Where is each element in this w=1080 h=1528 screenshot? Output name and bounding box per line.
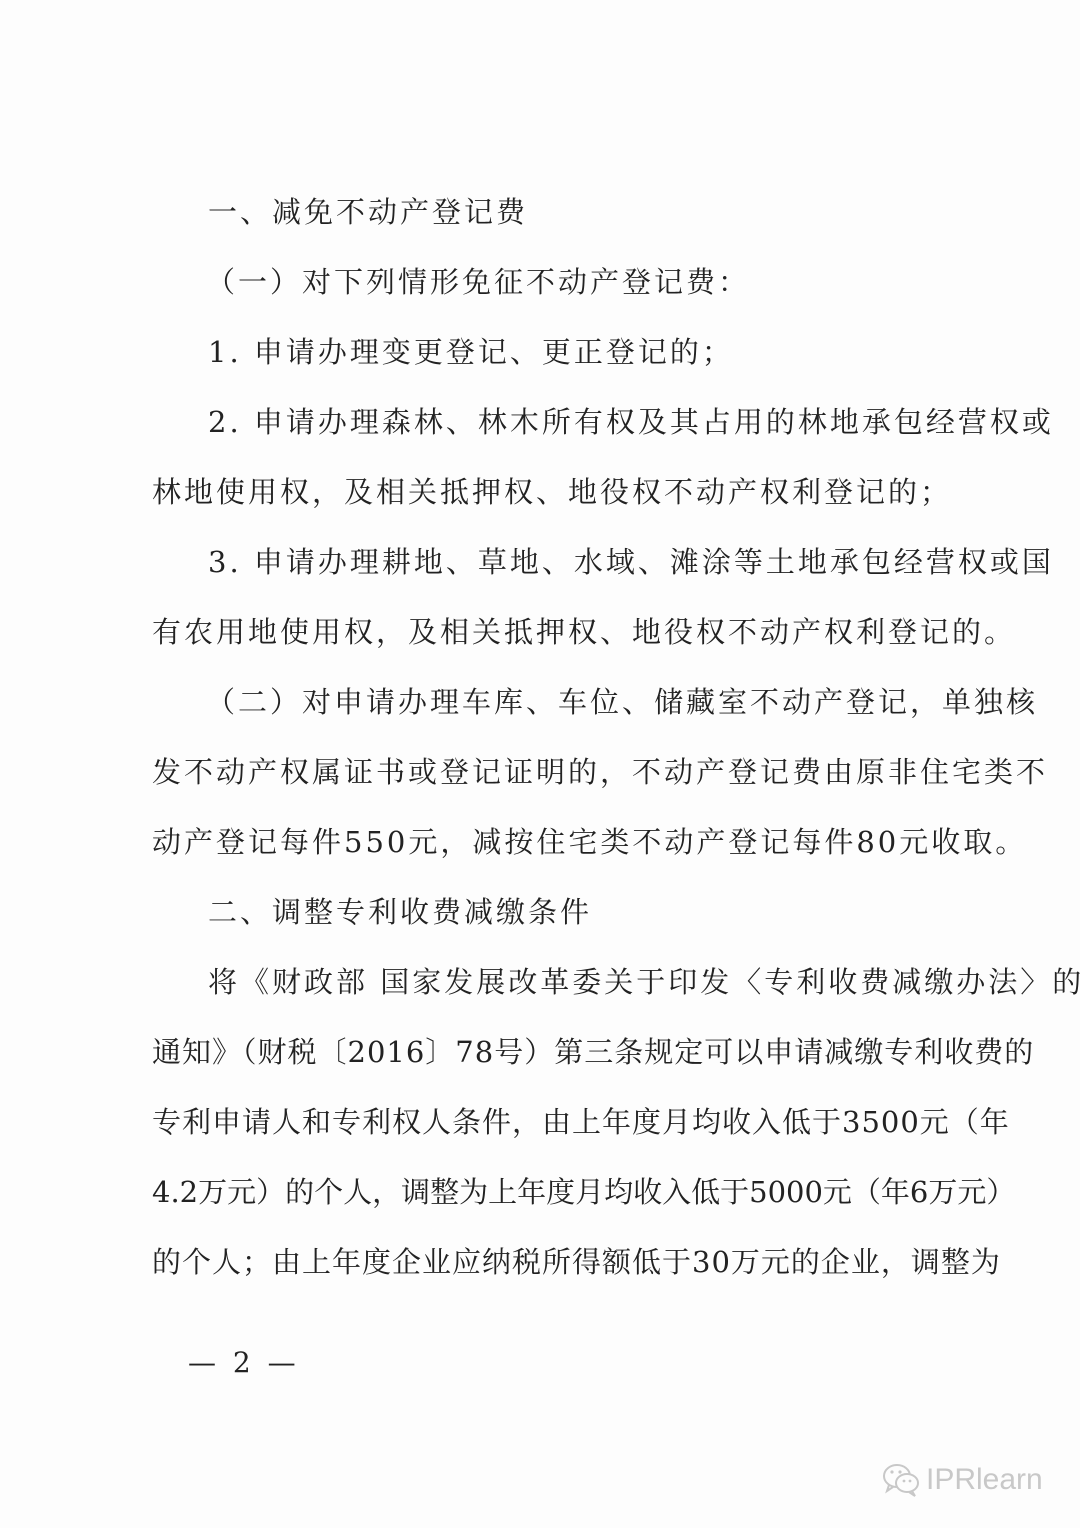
subsection-2-line-1: （二）对申请办理车库、车位、储藏室不动产登记，单独核 xyxy=(206,684,964,720)
list-item-3-line-2: 有农用地使用权，及相关抵押权、地役权不动产权利登记的。 xyxy=(152,614,964,650)
page-number: — 2 — xyxy=(188,1346,300,1379)
list-item-2-line-1: 2. 申请办理森林、林木所有权及其占用的林地承包经营权或 xyxy=(208,404,964,440)
section-2-para-line-1: 将《财政部 国家发展改革委关于印发〈专利收费减缴办法〉的 xyxy=(208,964,964,1000)
watermark: IPRlearn xyxy=(882,1462,1043,1498)
section-2-para-line-4: 4.2万元）的个人，调整为上年度月均收入低于5000元（年6万元） xyxy=(152,1174,964,1210)
subsection-2-line-2: 发不动产权属证书或登记证明的，不动产登记费由原非住宅类不 xyxy=(152,754,964,790)
document-page: 一、减免不动产登记费 （一）对下列情形免征不动产登记费： 1. 申请办理变更登记… xyxy=(0,0,1080,1528)
section-1-heading: 一、减免不动产登记费 xyxy=(208,194,1020,230)
subsection-2-line-3: 动产登记每件550元，减按住宅类不动产登记每件80元收取。 xyxy=(152,824,964,860)
list-item-1: 1. 申请办理变更登记、更正登记的； xyxy=(208,334,1020,370)
section-2-para-line-2: 通知》（财税〔2016〕78号）第三条规定可以申请减缴专利收费的 xyxy=(152,1034,964,1070)
wechat-icon xyxy=(882,1462,922,1498)
section-2-para-line-3: 专利申请人和专利权人条件，由上年度月均收入低于3500元（年 xyxy=(152,1104,964,1140)
section-2-para-line-5: 的个人；由上年度企业应纳税所得额低于30万元的企业，调整为 xyxy=(152,1244,964,1280)
section-2-heading: 二、调整专利收费减缴条件 xyxy=(208,894,1020,930)
subsection-1-heading: （一）对下列情形免征不动产登记费： xyxy=(206,264,1018,300)
list-item-3-line-1: 3. 申请办理耕地、草地、水域、滩涂等土地承包经营权或国 xyxy=(208,544,964,580)
list-item-2-line-2: 林地使用权，及相关抵押权、地役权不动产权利登记的； xyxy=(152,474,964,510)
watermark-text: IPRlearn xyxy=(926,1463,1043,1497)
